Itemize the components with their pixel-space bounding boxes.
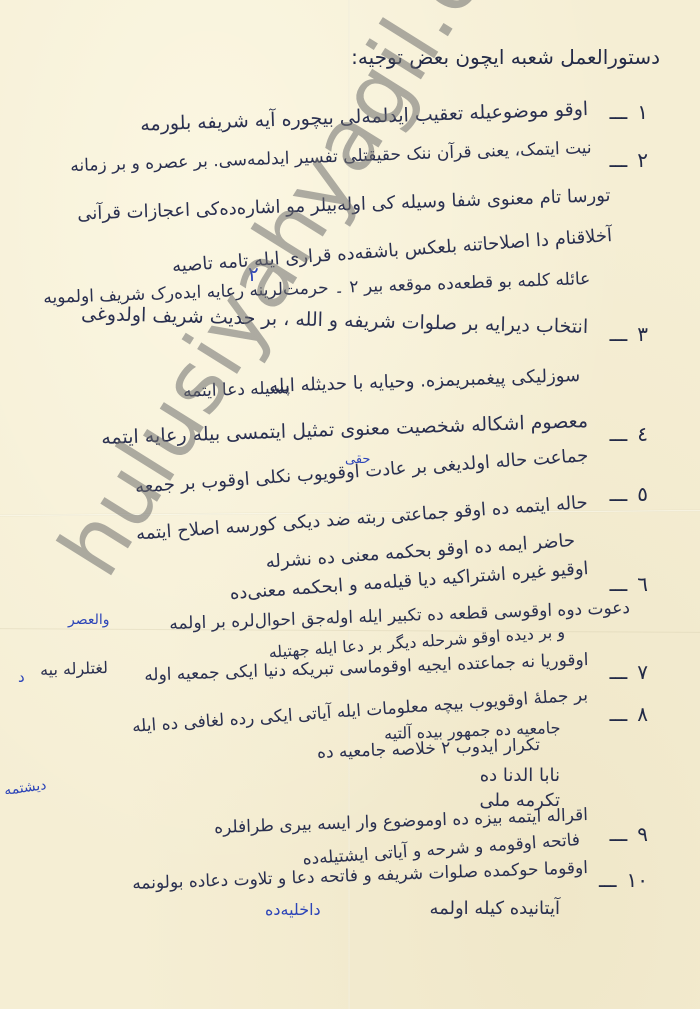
item-number-7: ٧ـــ [610, 660, 648, 684]
item-2-line-1: نیت ایتمک، یعنی قرآن ننک حقیقتلی تفسیر ا… [70, 138, 592, 176]
item-8-line-4: نابا الدنا ده [480, 765, 560, 786]
item-8-line-3: تکرار ایدوب ۲ خلاصه جامعیه ده [317, 735, 541, 763]
item-2-line-2: تورسا تام معنوی شفا وسیله کی اوله‌بیلر م… [76, 185, 610, 225]
letter-heading: دستورالعمل شعبه ایچون بعض توجیه: [351, 45, 660, 69]
item-number-6: ٦ـــ [610, 572, 648, 596]
annotation-bracket: ٢ [248, 262, 259, 286]
item-7-line-1: اوقوریا نه جماعتده ایجیه اوقوماسی تبریکه… [144, 650, 589, 685]
item-number-5: ٥ـــ [610, 482, 648, 506]
item-10-line-2: آیتانیده کیله اولمه [429, 898, 560, 919]
item-7-line-2: لغتلرله بیه [40, 658, 109, 679]
annotation-haqqi: حقی [345, 452, 370, 467]
item-number-3: ٣ـــ [610, 322, 648, 346]
item-number-1: ١ـــ [610, 100, 648, 124]
item-1-line-1: اوقو موضوعیله تعقیب ایدلمه‌لی بیچوره آیه… [140, 98, 589, 136]
item-number-10: ١٠ـــ [599, 868, 648, 892]
letter-page: دستورالعمل شعبه ایچون بعض توجیه: ١ـــ او… [0, 0, 700, 1009]
annotation-wal-asr: والعصر [68, 612, 110, 628]
item-number-2: ٢ـــ [610, 148, 648, 172]
annotation-bottom: داخلیه‌ده [265, 900, 321, 919]
item-number-8: ٨ـــ [610, 702, 648, 726]
item-number-4: ٤ـــ [610, 422, 648, 446]
item-4-line-1: معصوم اشکاله شخصیت معنوی تمثیل ایتمسی بی… [101, 410, 588, 449]
item-3-line-2: سوزلیکی پیغمبریمزه. وحیایه با حدیثله ایل… [269, 365, 581, 397]
item-number-9: ٩ـــ [610, 822, 648, 846]
item-3-line-3: بسیله دعا ایتمه [183, 378, 291, 402]
annotation-dal: د [18, 668, 25, 686]
item-2-line-4: عائله کلمه بو قطعه‌ده موقعه بیر ۲ ۔ حرمت… [43, 268, 591, 308]
item-3-line-1: انتخاب دیرایه بر صلوات شریفه و الله ، بر… [81, 303, 589, 338]
annotation-margin: دیشتمه [3, 777, 47, 799]
